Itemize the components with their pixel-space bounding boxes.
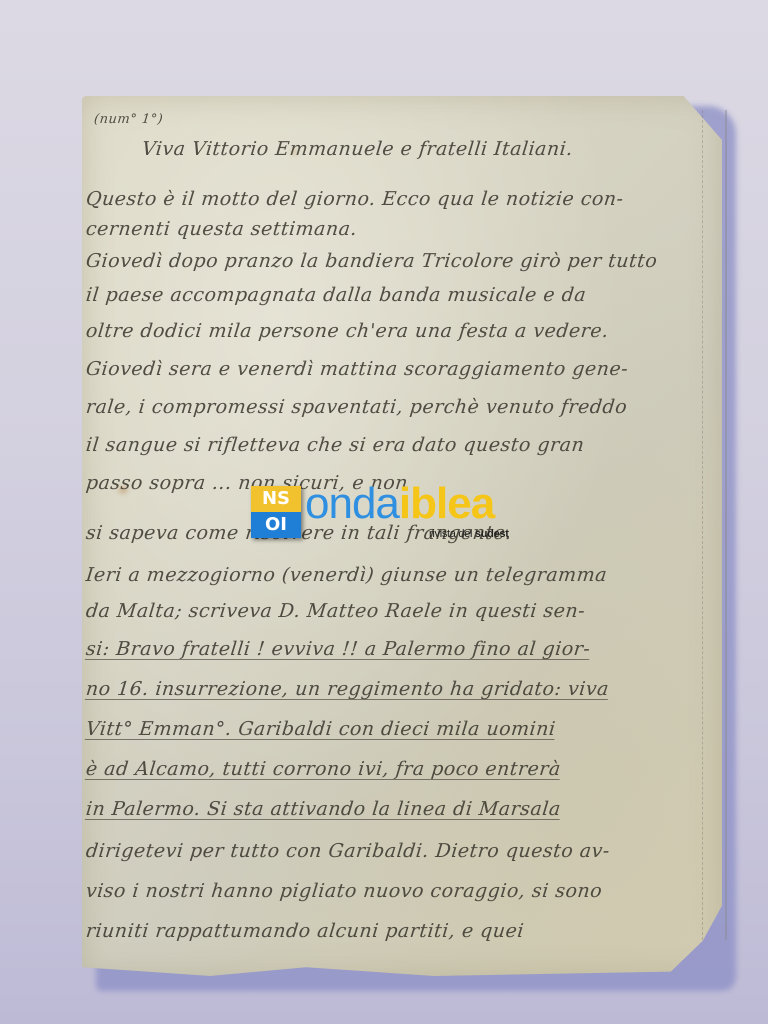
text-line: Questo è il motto del giorno. Ecco qua l… <box>85 188 625 210</box>
logo-mark-top: NS <box>251 486 301 512</box>
logo-tagline-bold: sudest <box>475 528 509 540</box>
text-line: Ieri a mezzogiorno (venerdì) giunse un t… <box>85 564 608 586</box>
logo-mark-bottom: OI <box>251 512 301 538</box>
text-line: riuniti rappattumando alcuni partiti, e … <box>85 920 525 942</box>
text-line: in Palermo. Si sta attivando la linea di… <box>85 798 562 820</box>
text-line: da Malta; scriveva D. Matteo Raele in qu… <box>85 600 586 622</box>
text-line: Vitt° Emman°. Garibaldi con dieci mila u… <box>85 718 557 740</box>
text-line: è ad Alcamo, tutti corrono ivi, fra poco… <box>85 758 562 780</box>
text-line: dirigetevi per tutto con Garibaldi. Diet… <box>85 840 611 862</box>
text-line: il sangue si rifletteva che si era dato … <box>85 434 586 456</box>
line-title: Viva Vittorio Emmanuele e fratelli Itali… <box>141 138 574 160</box>
logo-tagline: rivista del sudest <box>429 528 509 540</box>
text-line: no 16. insurrezione, un reggimento ha gr… <box>85 678 610 700</box>
text-line: il paese accompagnata dalla banda musica… <box>85 284 588 306</box>
text-line: viso i nostri hanno pigliato nuovo corag… <box>85 880 604 902</box>
text-line: rale, i compromessi spaventati, perchè v… <box>85 396 628 418</box>
logo-mark-icon: NS OI <box>251 486 301 538</box>
text-line: cernenti questa settimana. <box>85 218 358 240</box>
logo-word-iblea: iblea <box>399 479 494 528</box>
ondaiblea-watermark-logo: NS OI ondaiblea rivista del sudest <box>251 486 511 542</box>
logo-wordmark: ondaiblea <box>305 480 494 528</box>
logo-tagline-text: rivista del <box>429 528 475 540</box>
line-number-heading: (num° 1°) <box>93 112 164 127</box>
text-line: Giovedì sera e venerdì mattina scoraggia… <box>85 358 629 380</box>
logo-word-onda: onda <box>305 479 399 528</box>
text-line: si: Bravo fratelli ! evviva !! a Palermo… <box>85 638 592 660</box>
text-line: Giovedì dopo pranzo la bandiera Tricolor… <box>85 250 659 272</box>
text-line: oltre dodici mila persone ch'era una fes… <box>85 320 610 342</box>
